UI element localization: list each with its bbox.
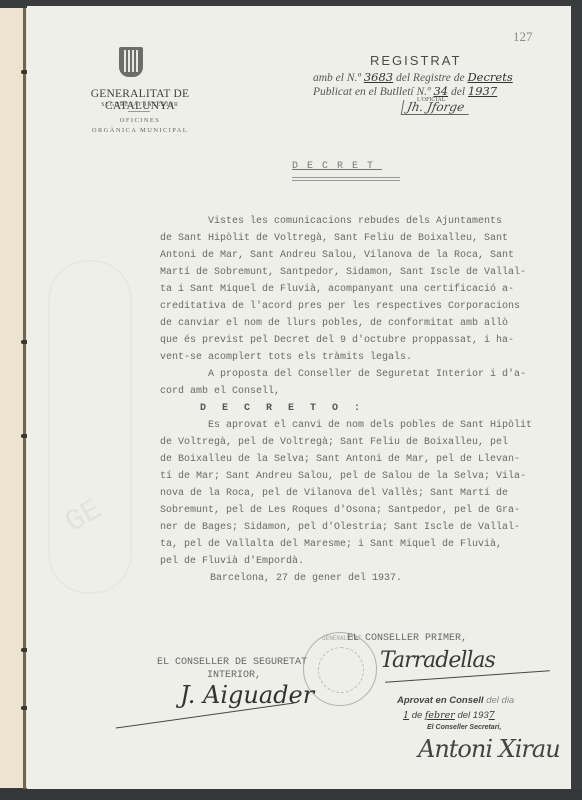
text-line: de canviar el nom de llurs pobles, de co… [160, 315, 555, 332]
text-line: Martí de Sobremunt, Santpedor, Sidamon, … [160, 264, 555, 281]
text-line: Antoni de Mar, Sant Andreu Salou, Vilano… [160, 247, 555, 264]
text-line: tí de Mar; Sant Andreu Salou, pel de Sal… [160, 468, 555, 485]
reg-label: Publicat en el Butlletí N.º [313, 86, 431, 98]
letterhead-office-1: OFICINES [55, 117, 225, 124]
conseller-seguretat-signature: J. Aiguader [180, 681, 314, 709]
approval-text-suffix: del dia [486, 695, 514, 706]
decreto-heading: D E C R E T O : [160, 400, 555, 417]
text-line: de Boixalleu de la Selva; Sant Antoni de… [160, 451, 555, 468]
date-line: Barcelona, 27 de gener del 1937. [160, 570, 555, 587]
text-line: nova de la Roca, pel de Vilanova del Val… [160, 485, 555, 502]
approval-de: de [412, 710, 423, 721]
text-line: de Sant Hipòlit de Voltregà, Sant Feliu … [160, 230, 555, 247]
text-line: ner de Bages; Sidamon, pel d'Olestria; S… [160, 519, 555, 536]
text-line: pel de Fluvià d'Empordà. [160, 553, 555, 570]
binding-spine [23, 8, 26, 793]
conseller-seguretat-label: EL CONSELLER DE SEGURETAT [157, 657, 307, 668]
approval-label: Aprovat en Consell del dia [397, 695, 514, 706]
registration-line-2: Publicat en el Butlletí N.º 34 del 1937 [313, 84, 497, 98]
text-line: de Voltregà, pel de Voltregà; Sant Feliu… [160, 434, 555, 451]
text-line: vent-se acomplert tots els tràmits legal… [160, 349, 555, 366]
text-line: A proposta del Conseller de Seguretat In… [160, 366, 555, 383]
document-heading: DECRET [292, 161, 382, 172]
reg-label: del Registre de [396, 72, 465, 84]
approval-text: Aprovat en Consell [397, 695, 484, 706]
document-body: Vistes les comunicacions rebudes dels Aj… [160, 213, 555, 587]
seal-inner-ring [318, 647, 364, 693]
reg-label: del [451, 86, 465, 98]
text-line: creditativa de l'acord pres per les resp… [160, 298, 555, 315]
text-line: ta, pel de Vallalta del Maresme; i Sant … [160, 536, 555, 553]
text-line: ta i Sant Miquel de Fluvià, acompanyant … [160, 281, 555, 298]
secretary-label: El Conseller Secretari, [427, 724, 501, 731]
registration-line-1: amb el N.º 3683 del Registre de Decrets [313, 70, 513, 84]
approval-year-digit: 7 [489, 710, 495, 721]
approval-day: 1 [403, 710, 409, 721]
letterhead-office-2: ORGÀNICA MUNICIPAL [55, 127, 225, 134]
scan-background-edge [0, 789, 582, 800]
conseller-seguretat-label-2: INTERIOR, [207, 670, 261, 681]
official-signature: Jh. Jforge [401, 100, 472, 115]
conseller-primer-signature: Tarradellas [380, 648, 555, 673]
approval-month: febrer [425, 710, 455, 721]
page-number: 127 [513, 29, 533, 45]
text-line: cord amb el Consell, [160, 383, 555, 400]
register-number: 3683 [364, 70, 393, 84]
secretary-signature: Antoni Xirau [418, 735, 560, 763]
letterhead-divider [128, 111, 150, 112]
watermark-emblem [48, 260, 132, 594]
registration-title: REGISTRAT [370, 53, 461, 68]
catalan-crest-icon [119, 47, 143, 77]
text-line: que és previst pel Decret del 9 d'octubr… [160, 332, 555, 349]
conseller-primer-label: EL CONSELLER PRIMER, [347, 633, 467, 644]
heading-underline [292, 177, 400, 181]
text-line: Es aprovat el canvi de nom dels pobles d… [160, 417, 555, 434]
letterhead-org: GENERALITAT DE CATALUNYA [55, 88, 225, 112]
approval-year-prefix: del 193 [457, 710, 488, 721]
text-line: Vistes les comunicacions rebudes dels Aj… [160, 213, 555, 230]
bulletin-year: 1937 [468, 84, 497, 98]
approval-date: 1 de febrer del 1937 [403, 710, 495, 721]
text-line: Sobremunt, pel de Les Roques d'Osona; Sa… [160, 502, 555, 519]
reg-label: amb el N.º [313, 72, 361, 84]
bulletin-number: 34 [433, 84, 448, 98]
letterhead-department: SEGURETAT INTERIOR [55, 102, 225, 108]
register-type: Decrets [467, 70, 512, 84]
